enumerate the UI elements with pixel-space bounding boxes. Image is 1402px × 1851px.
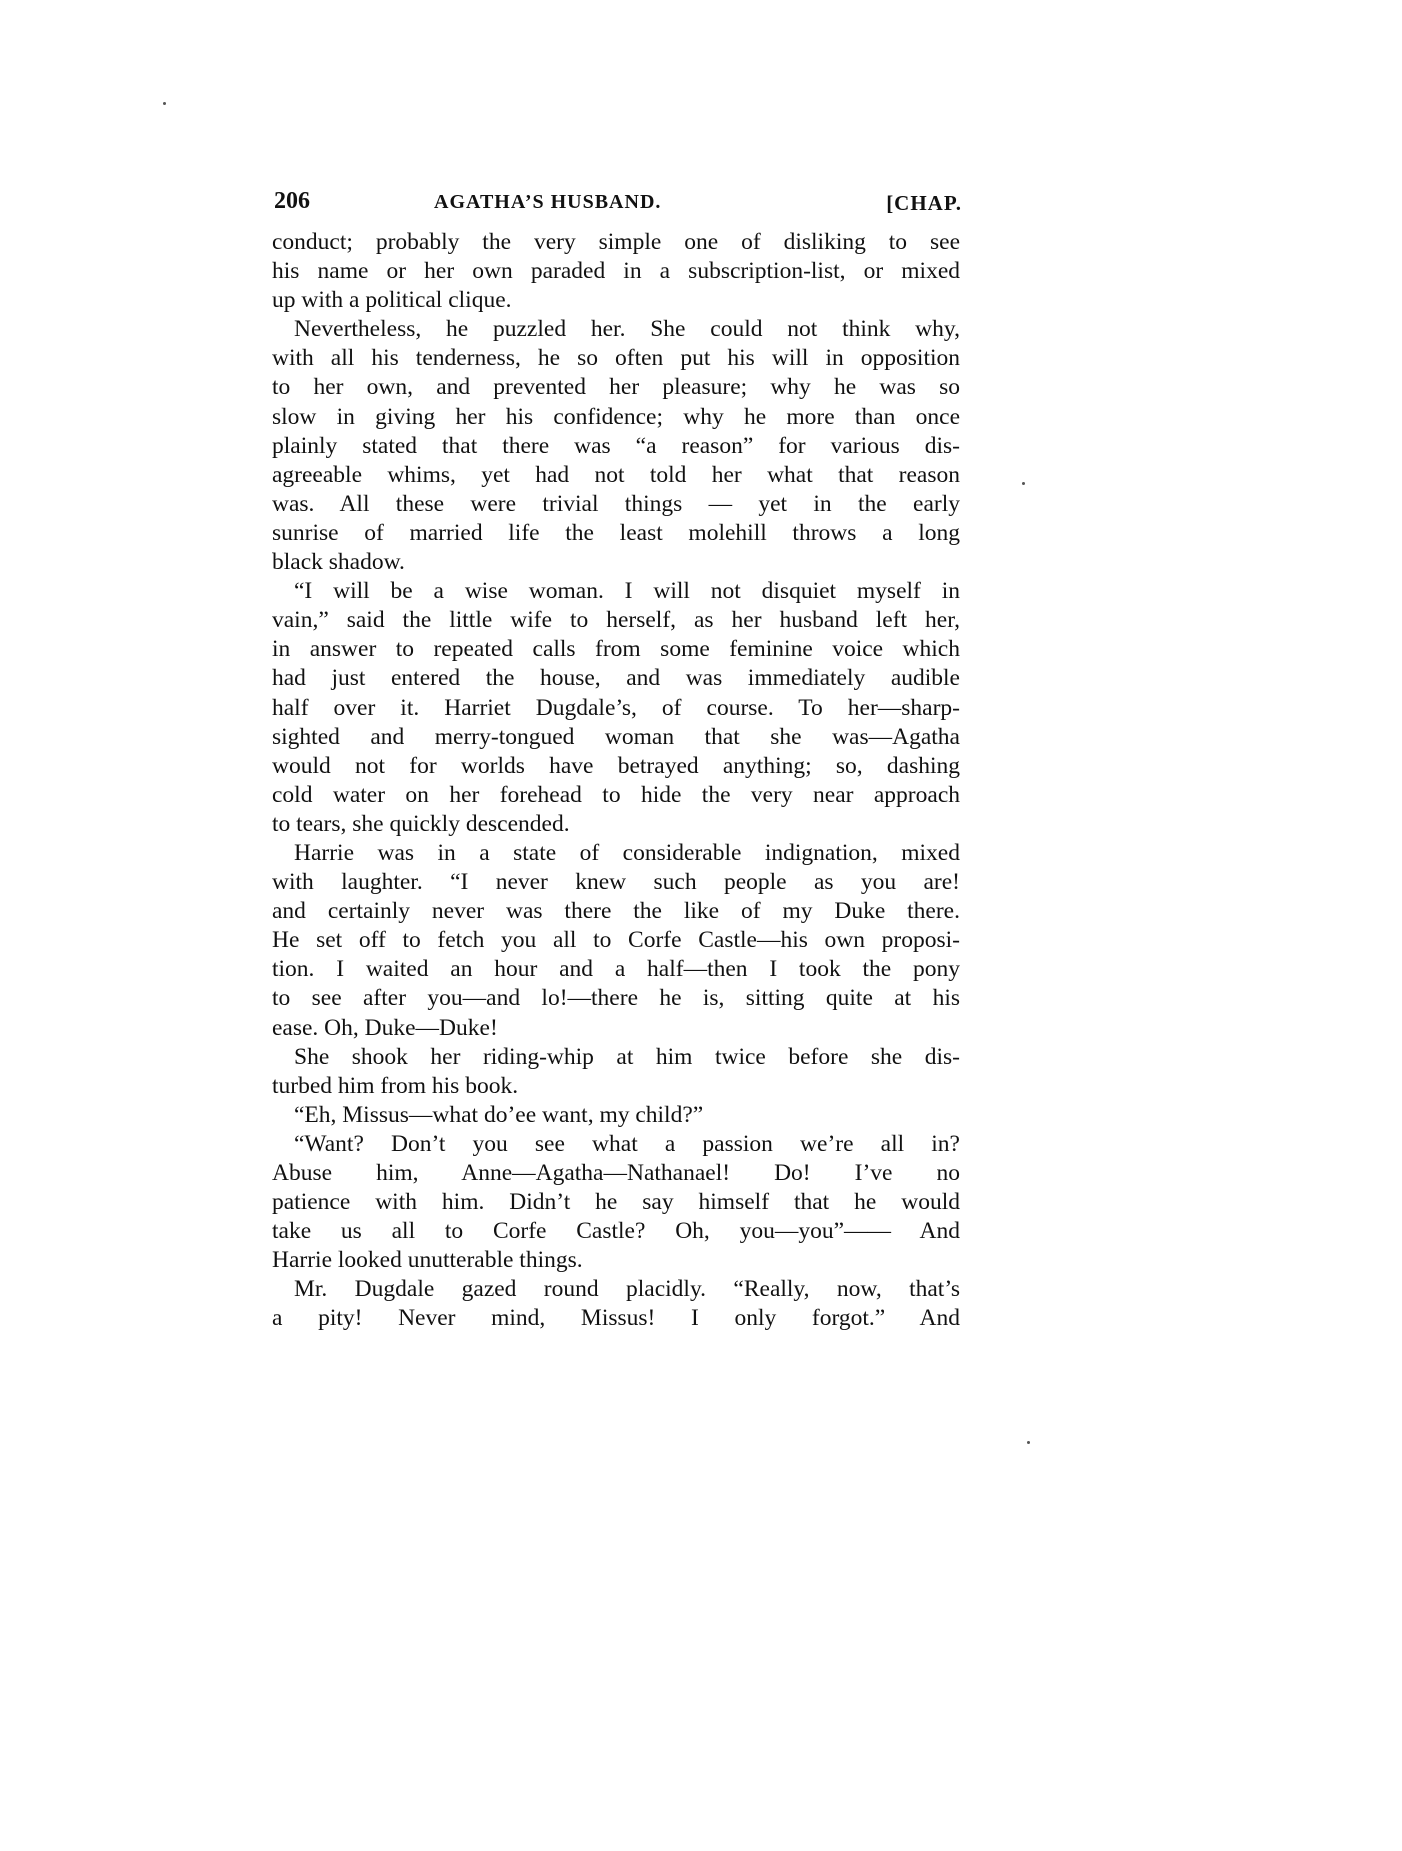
- page-header: 206 AGATHA’S HUSBAND. [CHAP.: [274, 188, 962, 220]
- text-line: would not for worlds have betrayed anyth…: [272, 752, 960, 781]
- text-line: sighted and merry-tongued woman that she…: [272, 723, 960, 752]
- running-title: AGATHA’S HUSBAND.: [434, 191, 661, 214]
- text-line: tion. I waited an hour and a half—then I…: [272, 955, 960, 984]
- text-line: up with a political clique.: [272, 286, 960, 315]
- text-line: Harrie was in a state of considerable in…: [272, 839, 960, 868]
- text-line: sunrise of married life the least molehi…: [272, 519, 960, 548]
- text-line: was. All these were trivial things — yet…: [272, 490, 960, 519]
- text-line: in answer to repeated calls from some fe…: [272, 635, 960, 664]
- text-line: to tears, she quickly descended.: [272, 810, 960, 839]
- text-line: ease. Oh, Duke—Duke!: [272, 1014, 960, 1043]
- text-line: his name or her own paraded in a subscri…: [272, 257, 960, 286]
- body-text: conduct; probably the very simple one of…: [272, 228, 960, 1334]
- text-line: to see after you—and lo!—there he is, si…: [272, 984, 960, 1013]
- text-line: to her own, and prevented her pleasure; …: [272, 373, 960, 402]
- text-line: had just entered the house, and was imme…: [272, 664, 960, 693]
- chapter-marker: [CHAP.: [886, 191, 962, 216]
- text-line: “I will be a wise woman. I will not disq…: [272, 577, 960, 606]
- text-line: plainly stated that there was “a reason”…: [272, 432, 960, 461]
- text-line: with laughter. “I never knew such people…: [272, 868, 960, 897]
- text-line: take us all to Corfe Castle? Oh, you—you…: [272, 1217, 960, 1246]
- text-line: She shook her riding-whip at him twice b…: [272, 1043, 960, 1072]
- scan-speck: [1022, 482, 1025, 485]
- text-line: slow in giving her his confidence; why h…: [272, 403, 960, 432]
- text-line: and certainly never was there the like o…: [272, 897, 960, 926]
- text-line: Abuse him, Anne—Agatha—Nathanael! Do! I’…: [272, 1159, 960, 1188]
- text-line: agreeable whims, yet had not told her wh…: [272, 461, 960, 490]
- text-line: Harrie looked unutterable things.: [272, 1246, 960, 1275]
- text-line: with all his tenderness, he so often put…: [272, 344, 960, 373]
- text-line: a pity! Never mind, Missus! I only forgo…: [272, 1304, 960, 1333]
- text-line: patience with him. Didn’t he say himself…: [272, 1188, 960, 1217]
- page-number: 206: [274, 188, 310, 215]
- text-line: turbed him from his book.: [272, 1072, 960, 1101]
- text-line: “Want? Don’t you see what a passion we’r…: [272, 1130, 960, 1159]
- text-line: vain,” said the little wife to herself, …: [272, 606, 960, 635]
- text-line: half over it. Harriet Dugdale’s, of cour…: [272, 694, 960, 723]
- text-line: cold water on her forehead to hide the v…: [272, 781, 960, 810]
- text-line: conduct; probably the very simple one of…: [272, 228, 960, 257]
- book-page: 206 AGATHA’S HUSBAND. [CHAP. conduct; pr…: [0, 0, 1202, 1588]
- text-line: Nevertheless, he puzzled her. She could …: [272, 315, 960, 344]
- scan-speck: [163, 102, 166, 105]
- text-line: black shadow.: [272, 548, 960, 577]
- text-line: “Eh, Missus—what do’ee want, my child?”: [272, 1101, 960, 1130]
- scan-speck: [1027, 1441, 1030, 1444]
- text-line: He set off to fetch you all to Corfe Cas…: [272, 926, 960, 955]
- text-line: Mr. Dugdale gazed round placidly. “Reall…: [272, 1275, 960, 1304]
